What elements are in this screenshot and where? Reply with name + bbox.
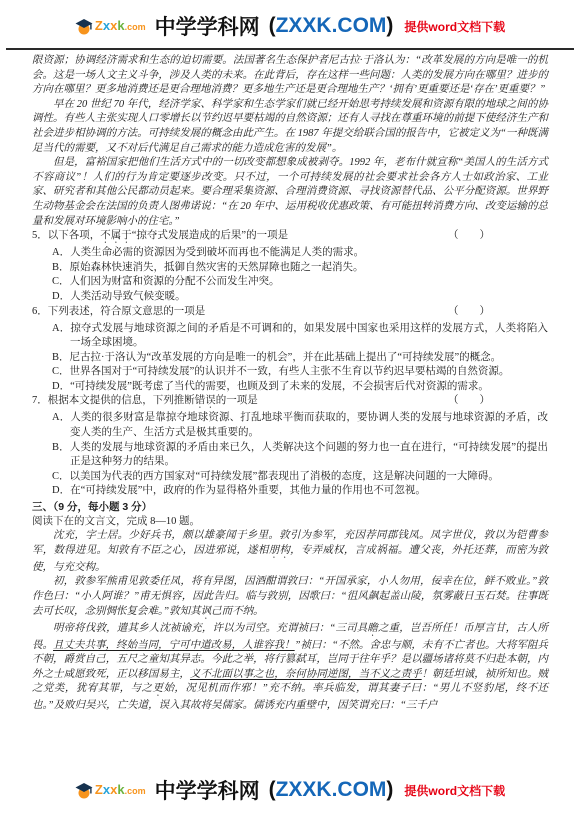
exam-document-page: Zxxk.com 中学学科网 (ZXXK.COM) 提供word文档下载 限资源… [0, 0, 580, 820]
logo-letter: Z [95, 18, 103, 33]
logo-letter: x [103, 782, 110, 797]
question-number: 6． [32, 306, 48, 317]
zxxk-logo-footer[interactable]: Zxxk.com [75, 781, 146, 800]
answer-bracket[interactable]: （ ） [448, 305, 490, 320]
logo-wordmark: Zxxk.com [95, 17, 146, 36]
logo-letter: .com [125, 786, 146, 796]
footer: Zxxk.com 中学学科网 (ZXXK.COM) 提供word文档下载 [0, 764, 580, 820]
classical-text: 初，敦参军熊甫见敦委任凤，将有异图，因酒酣谓敦曰：“开国承家，小人勿用，佞幸在位… [32, 576, 548, 616]
site-name-footer[interactable]: 中学学科网 [155, 775, 260, 805]
site-url-footer[interactable]: (ZXXK.COM) [269, 778, 394, 802]
question-7-stem: 7．根据本文提供的信息，下列推断错误的一项是（ ） [32, 394, 548, 411]
passage-paragraph-2: 早在 20 世纪 70 年代，经济学家、科学家和生态学家们就已经开始思考持续发展… [32, 98, 548, 156]
classical-text: 明帝将伐敦，遣其乡人沈祯谕充，许以为司空。充谓祯曰：“三司具 [53, 623, 367, 634]
question-number: 5． [32, 230, 48, 241]
question-7-option-d[interactable]: D．在“可持续发展”中，政府的作为显得格外重要，其他力量的作用也不可忽视。 [52, 484, 548, 499]
question-6-option-c[interactable]: C．世界各国对于“可持续发展”的认识并不一致，有些人主张不生育以节约迟早要枯竭的… [52, 365, 548, 380]
question-5: 5．以下各项，不属于“掠夺式发展造成的后果”的一项是（ ） A．人类生命必需的资… [32, 229, 548, 304]
classical-reading-intro: 阅读下在的文言文，完成 8—10 题。 [32, 515, 548, 530]
section-3-heading: 三、（9 分，每小题 3 分） [32, 500, 548, 515]
question-6-option-d[interactable]: D．“可持续发展”既考虑了当代的需要，也顾及到了未来的发展，不会损害后代对资源的… [52, 380, 548, 395]
site-url-text: ZXXK.COM [276, 778, 387, 801]
classical-passage: 沈充，字士居。少好兵书，颇以雄豪闻于乡里。敦引为参军，充因荐同郡钱凤。凤字世仪，… [32, 529, 548, 714]
question-5-option-b[interactable]: B．原始森林快速消失，抵御自然灾害的天然屏障也随之一起消失。 [52, 261, 548, 276]
zxxk-logo[interactable]: Zxxk.com [75, 17, 146, 36]
paren: ) [386, 14, 393, 37]
annotated-word: 讽 [201, 606, 212, 617]
annotated-word: 更 [153, 683, 164, 694]
answer-bracket[interactable]: （ ） [448, 394, 490, 409]
stem-text: 以下各项， [48, 230, 101, 241]
classical-text: 己而不纳。 [211, 606, 264, 617]
question-7: 7．根据本文提供的信息，下列推断错误的一项是（ ） A．人类的很多财富是靠掠夺地… [32, 394, 548, 499]
site-url[interactable]: (ZXXK.COM) [269, 14, 394, 38]
question-6-option-a[interactable]: A．掠夺式发展与地球资源之间的矛盾是不可调和的，如果发展中国家也采用这样的发展方… [52, 322, 548, 351]
stem-emphasis: 错误 [195, 395, 216, 406]
question-7-option-a[interactable]: A．人类的很多财富是靠掠夺地球资源、打乱地球平衡而获取的，要协调人类的发展与地球… [52, 411, 548, 440]
question-5-option-d[interactable]: D．人类活动导致气候变暖。 [52, 290, 548, 305]
passage-paragraph-1: 限资源；协调经济需求和生态的迫切需要。法国著名生态保护者尼古拉·于洛认为：“改革… [32, 54, 548, 98]
question-7-option-b[interactable]: B．人类的发展与地球资源的矛盾由来已久，人类解决这个问题的努力也一直在进行，“可… [52, 441, 548, 470]
paren: ( [269, 778, 276, 801]
logo-letter: Z [95, 782, 103, 797]
site-url-text: ZXXK.COM [276, 14, 387, 37]
stem-emphasis: 不属于 [100, 230, 132, 241]
stem-text: “掠夺式发展造成的后果”的一项是 [132, 230, 288, 241]
answer-bracket[interactable]: （ ） [448, 229, 490, 244]
word-download-link[interactable]: 提供word文档下载 [404, 18, 505, 35]
annotated-word: 朋构 [269, 545, 291, 556]
question-6-stem: 6．下列表述，符合原文意思的一项是（ ） [32, 305, 548, 322]
footer-brand-bar: Zxxk.com 中学学科网 (ZXXK.COM) 提供word文档下载 [0, 764, 580, 810]
stem-text: 下列表述，符合原文意思的一项是 [48, 306, 206, 317]
logo-letter: x [103, 18, 110, 33]
passage-paragraph-3: 但是，富裕国家把他们生活方式中的一切改变都想象成被剥夺。1992 年，老布什就宣… [32, 156, 548, 229]
underlined-sentence: 且丈夫共事，终始当同，宁可中道改易，人谁容我！ [53, 640, 295, 651]
exam-body: 限资源；协调经济需求和生态的迫切需要。法国著名生态保护者尼古拉·于洛认为：“改革… [0, 50, 580, 714]
site-name[interactable]: 中学学科网 [155, 11, 260, 41]
question-5-stem: 5．以下各项，不属于“掠夺式发展造成的后果”的一项是（ ） [32, 229, 548, 246]
question-7-option-c[interactable]: C．以美国为代表的西方国家对“可持续发展”都表现出了消极的态度，这是解决问题的一… [52, 470, 548, 485]
question-5-option-c[interactable]: C．人们因为财富和资源的分配不公而发生冲突。 [52, 275, 548, 290]
question-number: 7． [32, 395, 48, 406]
stem-text: 的一项是 [216, 395, 258, 406]
logo-letter: k [117, 782, 124, 797]
question-5-option-a[interactable]: A．人类生命必需的资源因为受到破坏而再也不能满足人类的需求。 [52, 246, 548, 261]
question-6: 6．下列表述，符合原文意思的一项是（ ） A．掠夺式发展与地球资源之间的矛盾是不… [32, 305, 548, 395]
word-download-link-footer[interactable]: 提供word文档下载 [404, 782, 505, 799]
logo-wordmark: Zxxk.com [95, 781, 146, 800]
header-brand-bar: Zxxk.com 中学学科网 (ZXXK.COM) 提供word文档下载 [0, 0, 580, 46]
logo-letter: k [117, 18, 124, 33]
stem-text: 根据本文提供的信息，下列推断 [48, 395, 195, 406]
underlined-sentence: 义不北面以事之也，奈何协同逆图，当不义之责乎 [190, 669, 422, 680]
classical-paragraph-3: 明帝将伐敦，遣其乡人沈祯谕充，许以为司空。充谓祯曰：“三司具瞻之重，岂吾所任！币… [32, 622, 548, 714]
question-6-option-b[interactable]: B．尼古拉·于洛认为“改革发展的方向是唯一的机会”，并在此基础上提出了“可持续发… [52, 351, 548, 366]
logo-letter: .com [125, 22, 146, 32]
graduation-cap-icon [75, 782, 93, 800]
graduation-cap-icon [75, 18, 93, 36]
classical-paragraph-1: 沈充，字士居。少好兵书，颇以雄豪闻于乡里。敦引为参军，充因荐同郡钱凤。凤字世仪，… [32, 529, 548, 575]
annotated-word: 瞻 [367, 623, 378, 634]
reading-passage: 限资源；协调经济需求和生态的迫切需要。法国著名生态保护者尼古拉·于洛认为：“改革… [32, 54, 548, 229]
paren: ) [386, 778, 393, 801]
classical-paragraph-2: 初，敦参军熊甫见敦委任凤，将有异图，因酒酣谓敦曰：“开国承家，小人勿用，佞幸在位… [32, 575, 548, 621]
paren: ( [269, 14, 276, 37]
